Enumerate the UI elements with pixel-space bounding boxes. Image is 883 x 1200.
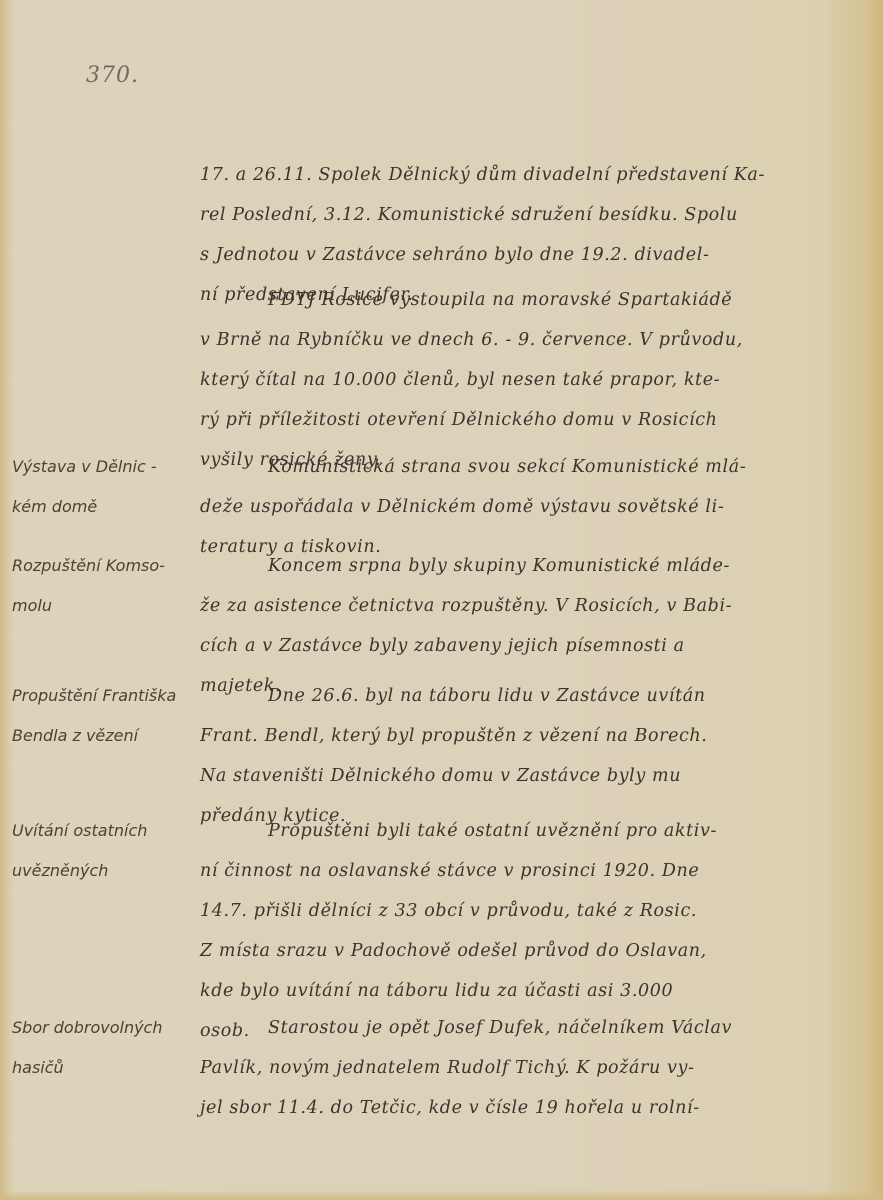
text-line: Pavlík, novým jednatelem Rudolf Tichý. K… bbox=[200, 1048, 840, 1088]
text-line: který čítal na 10.000 členů, byl nesen t… bbox=[200, 360, 840, 400]
margin-heading-line: kém domě bbox=[12, 487, 197, 527]
text-line: Na staveništi Dělnického domu v Zastávce… bbox=[200, 756, 840, 796]
entry-body: Starostou je opět Josef Dufek, náčelníke… bbox=[200, 1008, 840, 1128]
text-line: Propuštěni byli také ostatní uvěznění pr… bbox=[200, 811, 840, 851]
text-line: ní činnost na oslavanské stávce v prosin… bbox=[200, 851, 840, 891]
margin-heading-line: molu bbox=[12, 586, 197, 626]
text-line: v Brně na Rybníčku ve dnech 6. - 9. červ… bbox=[200, 320, 840, 360]
text-line: Z místa srazu v Padochově odešel průvod … bbox=[200, 931, 840, 971]
text-line: kde bylo uvítání na táboru lidu za účast… bbox=[200, 971, 840, 1011]
margin-heading-line: Sbor dobrovolných bbox=[12, 1008, 197, 1048]
text-line: s Jednotou v Zastávce sehráno bylo dne 1… bbox=[200, 235, 840, 275]
page-number: 370. bbox=[86, 63, 139, 88]
margin-heading-line: Uvítání ostatních bbox=[12, 811, 197, 851]
margin-heading-line: Výstava v Dělnic - bbox=[12, 447, 197, 487]
text-line: Frant. Bendl, který byl propuštěn z věze… bbox=[200, 716, 840, 756]
text-line: Dne 26.6. byl na táboru lidu v Zastávce … bbox=[200, 676, 840, 716]
text-line: že za asistence četnictva rozpuštěny. V … bbox=[200, 586, 840, 626]
margin-heading-line: hasičů bbox=[12, 1048, 197, 1088]
margin-heading-line: uvězněných bbox=[12, 851, 197, 891]
margin-heading: Rozpuštění Komso- molu bbox=[12, 546, 197, 626]
margin-heading-line: Bendla z vězení bbox=[12, 716, 197, 756]
text-line: 17. a 26.11. Spolek Dělnický dům divadel… bbox=[200, 155, 840, 195]
text-line: rel Poslední, 3.12. Komunistické sdružen… bbox=[200, 195, 840, 235]
margin-heading: Sbor dobrovolných hasičů bbox=[12, 1008, 197, 1088]
text-line: FDTJ Rosice vystoupila na moravské Spart… bbox=[200, 280, 840, 320]
text-line: jel sbor 11.4. do Tetčic, kde v čísle 19… bbox=[200, 1088, 840, 1128]
text-line: Komunistická strana svou sekcí Komunisti… bbox=[200, 447, 840, 487]
margin-heading: Propuštění Františka Bendla z vězení bbox=[12, 676, 197, 756]
text-line: Koncem srpna byly skupiny Komunistické m… bbox=[200, 546, 840, 586]
margin-heading-line: Rozpuštění Komso- bbox=[12, 546, 197, 586]
margin-heading: Výstava v Dělnic - kém domě bbox=[12, 447, 197, 527]
margin-heading-line: Propuštění Františka bbox=[12, 676, 197, 716]
text-line: cích a v Zastávce byly zabaveny jejich p… bbox=[200, 626, 840, 666]
text-line: deže uspořádala v Dělnickém domě výstavu… bbox=[200, 487, 840, 527]
text-line: rý při příležitosti otevření Dělnického … bbox=[200, 400, 840, 440]
document-page: 370. 17. a 26.11. Spolek Dělnický dům di… bbox=[0, 0, 883, 1200]
text-line: 14.7. přišli dělníci z 33 obcí v průvodu… bbox=[200, 891, 840, 931]
margin-heading: Uvítání ostatních uvězněných bbox=[12, 811, 197, 891]
text-line: Starostou je opět Josef Dufek, náčelníke… bbox=[200, 1008, 840, 1048]
